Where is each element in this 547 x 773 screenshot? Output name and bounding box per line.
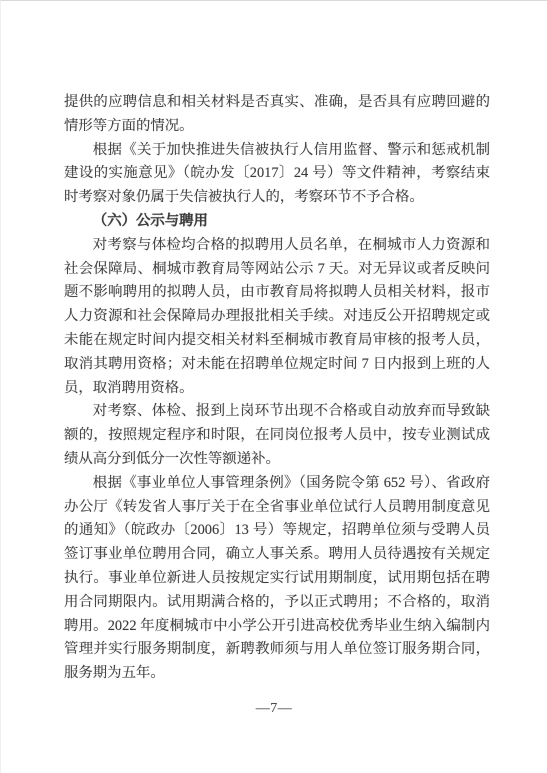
page-number: —7— [1, 700, 547, 718]
paragraph-continuation: 提供的应聘信息和相关材料是否真实、准确，是否具有应聘回避的情形等方面的情况。 [64, 91, 490, 139]
paragraph: 根据《关于加快推进失信被执行人信用监督、警示和惩戒机制建设的实施意见》（皖办发〔… [64, 139, 490, 210]
document-body: 提供的应聘信息和相关材料是否真实、准确，是否具有应聘回避的情形等方面的情况。 根… [64, 91, 490, 686]
section-heading: （六）公示与聘用 [64, 210, 490, 234]
paragraph: 对考察与体检均合格的拟聘用人员名单，在桐城市人力资源和社会保障局、桐城市教育局等… [64, 234, 490, 401]
document-page: 提供的应聘信息和相关材料是否真实、准确，是否具有应聘回避的情形等方面的情况。 根… [0, 0, 547, 773]
paragraph: 对考察、体检、报到上岗环节出现不合格或自动放弃而导致缺额的，按照规定程序和时限，… [64, 400, 490, 471]
paragraph: 根据《事业单位人事管理条例》（国务院令第 652 号）、省政府办公厅《转发省人事… [64, 472, 490, 686]
